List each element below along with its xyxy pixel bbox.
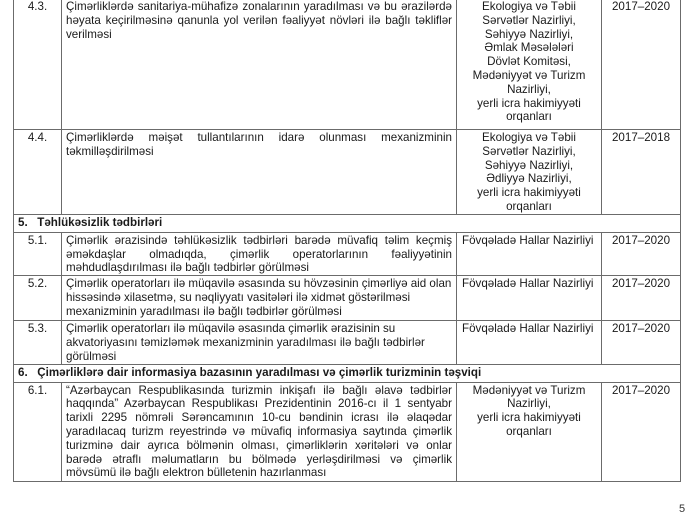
- section-header-row: 6. Çimərliklərə dair informasiya bazasın…: [14, 364, 681, 382]
- executor-line: Ekologiya və Təbii: [461, 131, 597, 145]
- executor-line: Nazirliyi,: [461, 83, 597, 97]
- executor-line: yerli icra hakimiyyəti: [461, 186, 597, 200]
- activity-text: Çimərliklərdə sanitariya-mühafizə zonala…: [62, 0, 457, 130]
- section-heading: 6. Çimərliklərə dair informasiya bazasın…: [14, 364, 681, 382]
- period: 2017–2020: [602, 232, 681, 275]
- executor-line: orqanları: [461, 425, 597, 439]
- executor-cell: Fövqəladə Hallar Nazirliyi: [457, 276, 602, 321]
- activity-text: Çimərlik ərazisində təhlükəsizlik tədbir…: [62, 232, 457, 275]
- executor-cell: Ekologiya və Təbii Sərvətlər Nazirliyi, …: [457, 0, 602, 130]
- item-number: 5.3.: [14, 321, 62, 364]
- table-row: 4.4. Çimərliklərdə məişət tullantılarını…: [14, 130, 681, 215]
- executor-line: Sərvətlər Nazirliyi,: [461, 14, 597, 28]
- executor-line: orqanları: [461, 200, 597, 214]
- table-row: 5.3. Çimərlik operatorları ilə müqavilə …: [14, 321, 681, 364]
- executor-line: Əmlak Məsələləri: [461, 41, 597, 55]
- executor-cell: Fövqəladə Hallar Nazirliyi: [457, 232, 602, 275]
- executor-line: Mədəniyyət və Turizm: [461, 69, 597, 83]
- executor-line: Ekologiya və Təbii: [461, 0, 597, 14]
- period: 2017–2018: [602, 130, 681, 215]
- executor-line: yerli icra hakimiyyəti: [461, 97, 597, 111]
- item-number: 6.1.: [14, 382, 62, 481]
- section-number: 6.: [18, 366, 34, 380]
- item-number: 4.4.: [14, 130, 62, 215]
- executor-line: Nazirliyi,: [461, 397, 597, 411]
- table-row: 5.2. Çimərlik operatorları ilə müqavilə …: [14, 276, 681, 321]
- period: 2017–2020: [602, 321, 681, 364]
- executor-line: Mədəniyyət və Turizm: [461, 384, 597, 398]
- executor-line: Ədliyyə Nazirliyi,: [461, 172, 597, 186]
- table-row: 4.3. Çimərliklərdə sanitariya-mühafizə z…: [14, 0, 681, 130]
- table-row: 5.1. Çimərlik ərazisində təhlükəsizlik t…: [14, 232, 681, 275]
- executor-line: Səhiyyə Nazirliyi,: [461, 28, 597, 42]
- activity-text: Çimərlik operatorları ilə müqavilə əsası…: [62, 276, 457, 321]
- section-heading: 5. Təhlükəsizlik tədbirləri: [14, 214, 681, 232]
- period: 2017–2020: [602, 382, 681, 481]
- section-title: Çimərliklərə dair informasiya bazasının …: [37, 366, 481, 379]
- item-number: 5.2.: [14, 276, 62, 321]
- period: 2017–2020: [602, 0, 681, 130]
- executor-line: Dövlət Komitəsi,: [461, 55, 597, 69]
- executor-line: Səhiyyə Nazirliyi,: [461, 159, 597, 173]
- executor-line: orqanları: [461, 110, 597, 124]
- activity-text: Çimərlik operatorları ilə müqavilə əsası…: [62, 321, 457, 364]
- section-header-row: 5. Təhlükəsizlik tədbirləri: [14, 214, 681, 232]
- table-row: 6.1. “Azərbaycan Respublikasında turizmi…: [14, 382, 681, 481]
- executor-line: yerli icra hakimiyyəti: [461, 411, 597, 425]
- executor-cell: Ekologiya və Təbii Sərvətlər Nazirliyi, …: [457, 130, 602, 215]
- section-number: 5.: [18, 216, 34, 230]
- section-title: Təhlükəsizlik tədbirləri: [37, 216, 162, 229]
- page-number: 5: [679, 503, 685, 515]
- action-plan-table: 4.3. Çimərliklərdə sanitariya-mühafizə z…: [13, 0, 681, 482]
- executor-cell: Fövqəladə Hallar Nazirliyi: [457, 321, 602, 364]
- activity-text: “Azərbaycan Respublikasında turizmin ink…: [62, 382, 457, 481]
- item-number: 4.3.: [14, 0, 62, 130]
- activity-text: Çimərliklərdə məişət tullantılarının ida…: [62, 130, 457, 215]
- item-number: 5.1.: [14, 232, 62, 275]
- period: 2017–2020: [602, 276, 681, 321]
- executor-line: Sərvətlər Nazirliyi,: [461, 145, 597, 159]
- executor-cell: Mədəniyyət və Turizm Nazirliyi, yerli ic…: [457, 382, 602, 481]
